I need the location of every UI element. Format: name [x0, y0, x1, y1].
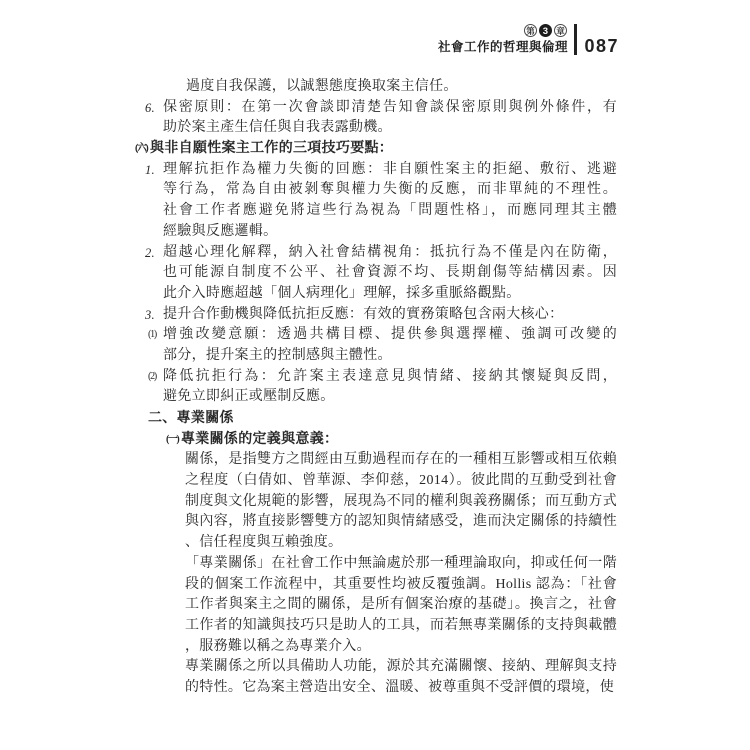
list-marker: 6.: [145, 98, 155, 119]
numbered-item: 3.提升合作動機與降低抗拒反應：有效的實務策略包含兩大核心：: [135, 305, 617, 326]
text-line: 助於案主產生信任與自我表露動機。: [163, 118, 617, 139]
chapter-prefix-circle: 第: [524, 24, 537, 37]
text-line: 「專業關係」在社會工作中無論處於那一種理論取向，抑或任何一階: [185, 554, 617, 575]
text-line: 降低抗拒行為：允許案主表達意見與情緒、接納其懷疑與反問，: [163, 367, 617, 388]
text-line: 工作者與案主之間的關係，是所有個案治療的基礎」。換言之，社會: [185, 595, 617, 616]
text-line: 提升合作動機與降低抗拒反應：有效的實務策略包含兩大核心：: [163, 305, 617, 326]
paragraph: 關係，是指雙方之間經由互動過程而存在的一種相互影響或相互依賴之程度（白倩如、曾華…: [135, 450, 617, 553]
text-line: 與內容，將直接影響雙方的認知與情緒感受，進而決定關係的持續性: [185, 512, 617, 533]
text-line: ，服務難以稱之為專業介入。: [185, 637, 617, 658]
text-line: 理解抗拒作為權力失衡的回應：非自願性案主的拒絕、敷衍、逃避: [163, 160, 617, 181]
chapter-title: 社會工作的哲理與倫理: [438, 40, 568, 55]
chapter-number-circle: 3: [539, 24, 552, 37]
chapter-suffix-circle: 章: [554, 24, 567, 37]
header-left-column: 第 3 章 社會工作的哲理與倫理: [438, 24, 568, 55]
text-line: 與非自願性案主工作的三項技巧要點：: [150, 139, 617, 160]
running-header: 第 3 章 社會工作的哲理與倫理 087: [438, 24, 619, 55]
sub-item: (2)降低抗拒行為：允許案主表達意見與情緒、接納其懷疑與反問，避免立即糾正或壓制…: [135, 367, 617, 408]
list-marker: (一): [166, 430, 178, 451]
text-line: 專業關係之所以具備助人功能，源於其充滿關懷、接納、理解與支持: [185, 657, 617, 678]
text-line: 也可能源自制度不公平、社會資源不均、長期創傷等結構因素。因: [163, 263, 617, 284]
page-body: 過度自我保護，以誠懇態度換取案主信任。6.保密原則：在第一次會談即清楚告知會談保…: [135, 77, 617, 699]
text-line: 等行為，常為自由被剝奪與權力失衡的反應，而非單純的不理性。: [163, 180, 617, 201]
paren-heading: (六)與非自願性案主工作的三項技巧要點：: [135, 139, 617, 160]
numbered-item: 2.超越心理化解釋，納入社會結構視角：抵抗行為不僅是內在防衛，也可能源自制度不公…: [135, 243, 617, 305]
paragraph: 專業關係之所以具備助人功能，源於其充滿關懷、接納、理解與支持的特性。它為案主營造…: [135, 657, 617, 698]
text-line: 專業關係的定義與意義：: [181, 430, 617, 451]
numbered-item: 6.保密原則：在第一次會談即清楚告知會談保密原則與例外條件，有助於案主產生信任與…: [135, 98, 617, 139]
text-line: 保密原則：在第一次會談即清楚告知會談保密原則與例外條件，有: [163, 98, 617, 119]
text-line: 避免立即糾正或壓制反應。: [163, 387, 617, 408]
sub-heading: (一)專業關係的定義與意義：: [135, 430, 617, 451]
text-line: 、信任程度與互賴強度。: [185, 533, 617, 554]
header-divider: [574, 24, 578, 55]
chapter-badge: 第 3 章: [524, 24, 567, 37]
book-page: 第 3 章 社會工作的哲理與倫理 087 過度自我保護，以誠懇態度換取案主信任。…: [0, 0, 750, 750]
list-marker: 2.: [145, 243, 155, 264]
text-line: 社會工作者應避免將這些行為視為「問題性格」，而應同理其主體: [163, 201, 617, 222]
text-line: 過度自我保護，以誠懇態度換取案主信任。: [186, 77, 617, 98]
text-line: 此介入時應超越「個人病理化」理解，採多重脈絡觀點。: [163, 284, 617, 305]
text-line: 制度與文化規範的影響，展現為不同的權利與義務關係；而互動方式: [185, 492, 617, 513]
list-marker: (六): [135, 139, 147, 160]
text-line: 經驗與反應邏輯。: [163, 222, 617, 243]
numbered-item: 1.理解抗拒作為權力失衡的回應：非自願性案主的拒絕、敷衍、逃避等行為，常為自由被…: [135, 160, 617, 243]
sub-item: (1)增強改變意願：透過共構目標、提供參與選擇權、強調可改變的部分，提升案主的控…: [135, 325, 617, 366]
text-line: 工作者的知識與技巧只是助人的工具，而若無專業關係的支持與載體: [185, 616, 617, 637]
list-marker: (1): [148, 325, 156, 346]
text-line: 段的個案工作流程中，其重要性均被反覆強調。Hollis 認為：「社會: [185, 575, 617, 596]
list-marker: 3.: [145, 305, 155, 326]
text-line: 部分，提升案主的控制感與主體性。: [163, 346, 617, 367]
page-number: 087: [584, 38, 619, 55]
text-line: 超越心理化解釋，納入社會結構視角：抵抗行為不僅是內在防衛，: [163, 243, 617, 264]
text-line: 之程度（白倩如、曾華源、李仰慈，2014）。彼此間的互動受到社會: [185, 471, 617, 492]
text-line: 關係，是指雙方之間經由互動過程而存在的一種相互影響或相互依賴: [185, 450, 617, 471]
text-line: 的特性。它為案主營造出安全、溫暖、被尊重與不受評價的環境，使: [185, 678, 617, 699]
continuation: 過度自我保護，以誠懇態度換取案主信任。: [135, 77, 617, 98]
text-line: 增強改變意願：透過共構目標、提供參與選擇權、強調可改變的: [163, 325, 617, 346]
list-marker: 1.: [145, 160, 155, 181]
section-heading: 二、專業關係: [135, 409, 617, 430]
text-line: 二、專業關係: [148, 409, 617, 430]
list-marker: (2): [148, 367, 156, 388]
paragraph: 「專業關係」在社會工作中無論處於那一種理論取向，抑或任何一階段的個案工作流程中，…: [135, 554, 617, 657]
